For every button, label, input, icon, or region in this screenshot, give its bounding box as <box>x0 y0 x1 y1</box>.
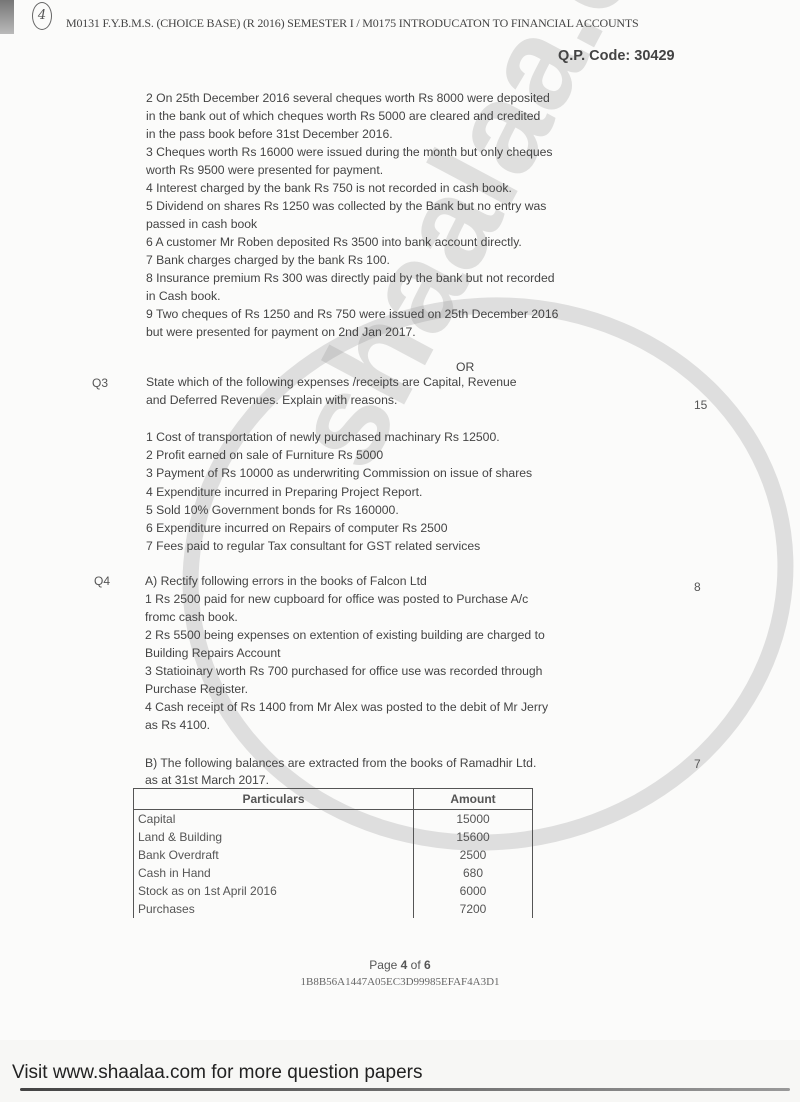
page-number: Page 4 of 6 <box>0 958 800 972</box>
q4b-line: B) The following balances are extracted … <box>145 754 536 772</box>
cell-particulars: Land & Building <box>134 828 414 846</box>
cell-particulars: Purchases <box>134 900 414 918</box>
course-header: M0131 F.Y.B.M.S. (CHOICE BASE) (R 2016) … <box>66 16 639 31</box>
text-line: 1 Rs 2500 paid for new cupboard for offi… <box>145 590 528 608</box>
text-line: 4 Cash receipt of Rs 1400 from Mr Alex w… <box>145 698 548 716</box>
paper-hash: 1B8B56A1447A05EC3D99985EFAF4A3D1 <box>0 976 800 988</box>
text-line: 3 Statioinary worth Rs 700 purchased for… <box>145 662 542 680</box>
cell-amount: 7200 <box>414 900 533 918</box>
qp-code: Q.P. Code: 30429 <box>558 48 675 64</box>
table-row: Stock as on 1st April 20166000 <box>134 882 533 900</box>
column-header-amount: Amount <box>414 789 533 810</box>
text-line: 4 Expenditure incurred in Preparing Proj… <box>146 483 422 501</box>
cell-particulars: Stock as on 1st April 2016 <box>134 882 414 900</box>
text-line: 3 Cheques worth Rs 16000 were issued dur… <box>146 143 553 161</box>
cell-amount: 2500 <box>414 846 533 864</box>
cell-particulars: Bank Overdraft <box>134 846 414 864</box>
question-paper-page: shaalaa.com 4 M0131 F.Y.B.M.S. (CHOICE B… <box>0 0 800 1040</box>
text-line: 8 Insurance premium Rs 300 was directly … <box>146 269 555 287</box>
q4a-marks: 8 <box>694 580 701 594</box>
cell-amount: 6000 <box>414 882 533 900</box>
cell-amount: 15000 <box>414 810 533 829</box>
table-row: Cash in Hand680 <box>134 864 533 882</box>
text-line: as Rs 4100. <box>145 716 210 734</box>
text-line: A) Rectify following errors in the books… <box>145 572 427 590</box>
text-line: passed in cash book <box>146 215 257 233</box>
text-line: 5 Sold 10% Government bonds for Rs 16000… <box>146 501 399 519</box>
text-line: in Cash book. <box>146 287 221 305</box>
q4-label: Q4 <box>94 574 110 588</box>
cell-particulars: Cash in Hand <box>134 864 414 882</box>
cell-amount: 15600 <box>414 828 533 846</box>
text-line: worth Rs 9500 were presented for payment… <box>146 161 383 179</box>
table-row: Capital15000 <box>134 810 533 829</box>
text-line: 4 Interest charged by the bank Rs 750 is… <box>146 179 512 197</box>
text-line: 7 Bank charges charged by the bank Rs 10… <box>146 251 390 269</box>
q4b-line: as at 31st March 2017. <box>145 771 269 789</box>
text-line: 7 Fees paid to regular Tax consultant fo… <box>146 537 480 555</box>
text-line: 1 Cost of transportation of newly purcha… <box>146 428 500 446</box>
shaalaa-banner-link[interactable]: Visit www.shaalaa.com for more question … <box>12 1062 422 1084</box>
balances-table: Particulars Amount Capital15000Land & Bu… <box>133 788 533 918</box>
handwritten-page-marker: 4 <box>32 2 52 30</box>
text-line: 5 Dividend on shares Rs 1250 was collect… <box>146 197 546 215</box>
q4b-marks: 7 <box>694 757 701 771</box>
table-row: Purchases7200 <box>134 900 533 918</box>
table-row: Land & Building15600 <box>134 828 533 846</box>
column-header-particulars: Particulars <box>134 789 414 810</box>
cell-particulars: Capital <box>134 810 414 829</box>
text-line: 3 Payment of Rs 10000 as underwriting Co… <box>146 464 532 482</box>
text-line: in the pass book before 31st December 20… <box>146 125 393 143</box>
text-line: Building Repairs Account <box>145 644 281 662</box>
q3-marks: 15 <box>694 398 707 412</box>
cell-amount: 680 <box>414 864 533 882</box>
page-total: 6 <box>424 958 431 972</box>
text-line: 2 Rs 5500 being expenses on extention of… <box>145 626 545 644</box>
text-line: 9 Two cheques of Rs 1250 and Rs 750 were… <box>146 305 558 323</box>
text-line: but were presented for payment on 2nd Ja… <box>146 323 416 341</box>
text-line: 6 A customer Mr Roben deposited Rs 3500 … <box>146 233 522 251</box>
scan-edge-shadow <box>0 0 14 34</box>
table-row: Bank Overdraft2500 <box>134 846 533 864</box>
q3-prompt-line: State which of the following expenses /r… <box>146 373 517 391</box>
q3-prompt-line: and Deferred Revenues. Explain with reas… <box>146 391 397 409</box>
text-line: 2 Profit earned on sale of Furniture Rs … <box>146 446 383 464</box>
q3-label: Q3 <box>92 376 108 390</box>
text-line: in the bank out of which cheques worth R… <box>146 107 540 125</box>
text-line: fromc cash book. <box>145 608 238 626</box>
text-line: 6 Expenditure incurred on Repairs of com… <box>146 519 447 537</box>
text-line: Purchase Register. <box>145 680 248 698</box>
text-line: 2 On 25th December 2016 several cheques … <box>146 89 550 107</box>
banner-underline <box>20 1088 790 1091</box>
